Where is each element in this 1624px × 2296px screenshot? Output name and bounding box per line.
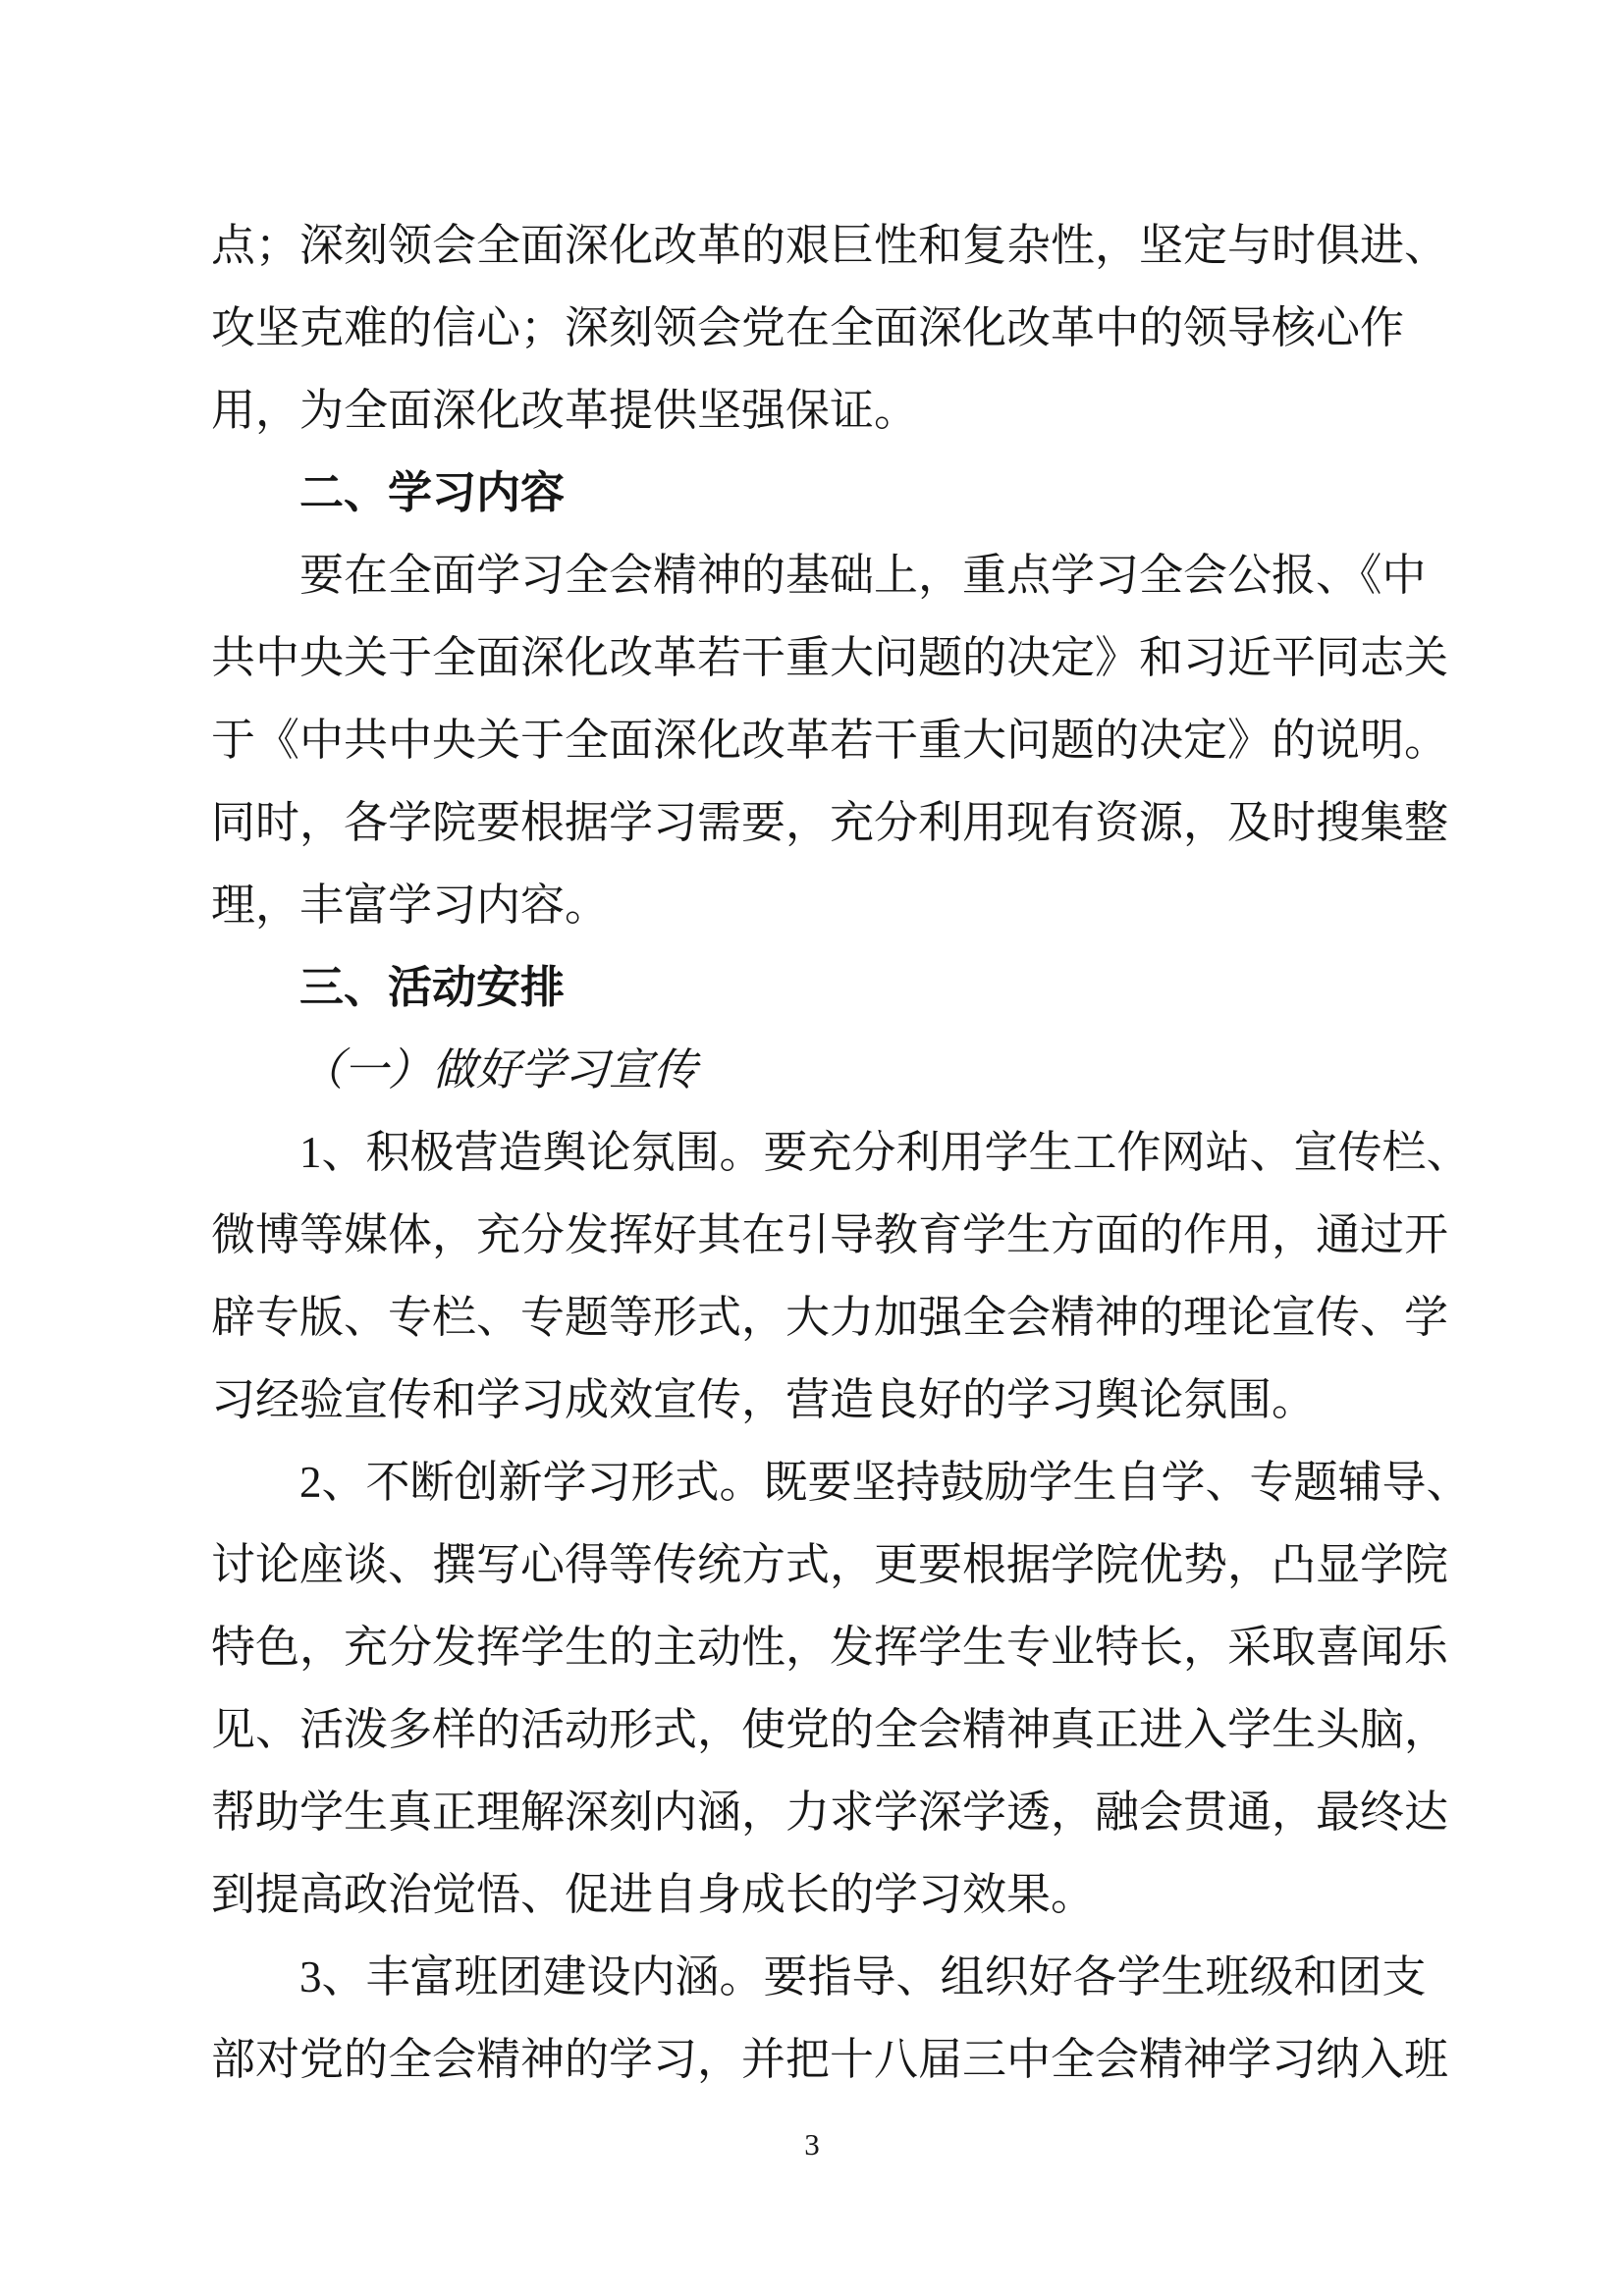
paragraph-line: 部对党的全会精神的学习，并把十八届三中全会精神学习纳入班 xyxy=(211,2018,1488,2101)
section-heading: 三、活动安排 xyxy=(211,946,1488,1029)
section-heading: 二、学习内容 xyxy=(211,452,1488,534)
document-text: 点；深刻领会全面深化改革的艰巨性和复杂性，坚定与时俱进、 攻坚克难的信心；深刻领… xyxy=(211,204,1488,2101)
paragraph-line: 攻坚克难的信心；深刻领会党在全面深化改革中的领导核心作 xyxy=(211,287,1488,369)
paragraph-line: 见、活泼多样的活动形式，使党的全会精神真正进入学生头脑， xyxy=(211,1688,1488,1771)
paragraph-line: 习经验宣传和学习成效宣传，营造良好的学习舆论氛围。 xyxy=(211,1359,1488,1441)
paragraph-line: 要在全面学习全会精神的基础上，重点学习全会公报、《中 xyxy=(211,534,1488,616)
paragraph-line: 帮助学生真正理解深刻内涵，力求学深学透，融会贯通，最终达 xyxy=(211,1771,1488,1853)
paragraph-line: 共中央关于全面深化改革若干重大问题的决定》和习近平同志关 xyxy=(211,616,1488,699)
paragraph-line: 辟专版、专栏、专题等形式，大力加强全会精神的理论宣传、学 xyxy=(211,1276,1488,1359)
paragraph-line: 微博等媒体，充分发挥好其在引导教育学生方面的作用，通过开 xyxy=(211,1194,1488,1276)
paragraph-line: 于《中共中央关于全面深化改革若干重大问题的决定》的说明。 xyxy=(211,699,1488,781)
page-number: 3 xyxy=(0,2104,1624,2186)
paragraph-line: 3、丰富班团建设内涵。要指导、组织好各学生班级和团支 xyxy=(211,1936,1488,2018)
paragraph-line: 特色，充分发挥学生的主动性，发挥学生专业特长，采取喜闻乐 xyxy=(211,1606,1488,1688)
paragraph-line: 2、不断创新学习形式。既要坚持鼓励学生自学、专题辅导、 xyxy=(211,1441,1488,1523)
paragraph-line: 1、积极营造舆论氛围。要充分利用学生工作网站、宣传栏、 xyxy=(211,1111,1488,1194)
paragraph-line: 到提高政治觉悟、促进自身成长的学习效果。 xyxy=(211,1853,1488,1936)
paragraph-line: 点；深刻领会全面深化改革的艰巨性和复杂性，坚定与时俱进、 xyxy=(211,204,1488,287)
subsection-heading: （一）做好学习宣传 xyxy=(211,1029,1488,1111)
paragraph-line: 用，为全面深化改革提供坚强保证。 xyxy=(211,369,1488,452)
paragraph-line: 同时，各学院要根据学习需要，充分利用现有资源，及时搜集整 xyxy=(211,781,1488,864)
paragraph-line: 讨论座谈、撰写心得等传统方式，更要根据学院优势，凸显学院 xyxy=(211,1523,1488,1606)
paragraph-line: 理，丰富学习内容。 xyxy=(211,864,1488,946)
document-page: 点；深刻领会全面深化改革的艰巨性和复杂性，坚定与时俱进、 攻坚克难的信心；深刻领… xyxy=(0,0,1624,2296)
